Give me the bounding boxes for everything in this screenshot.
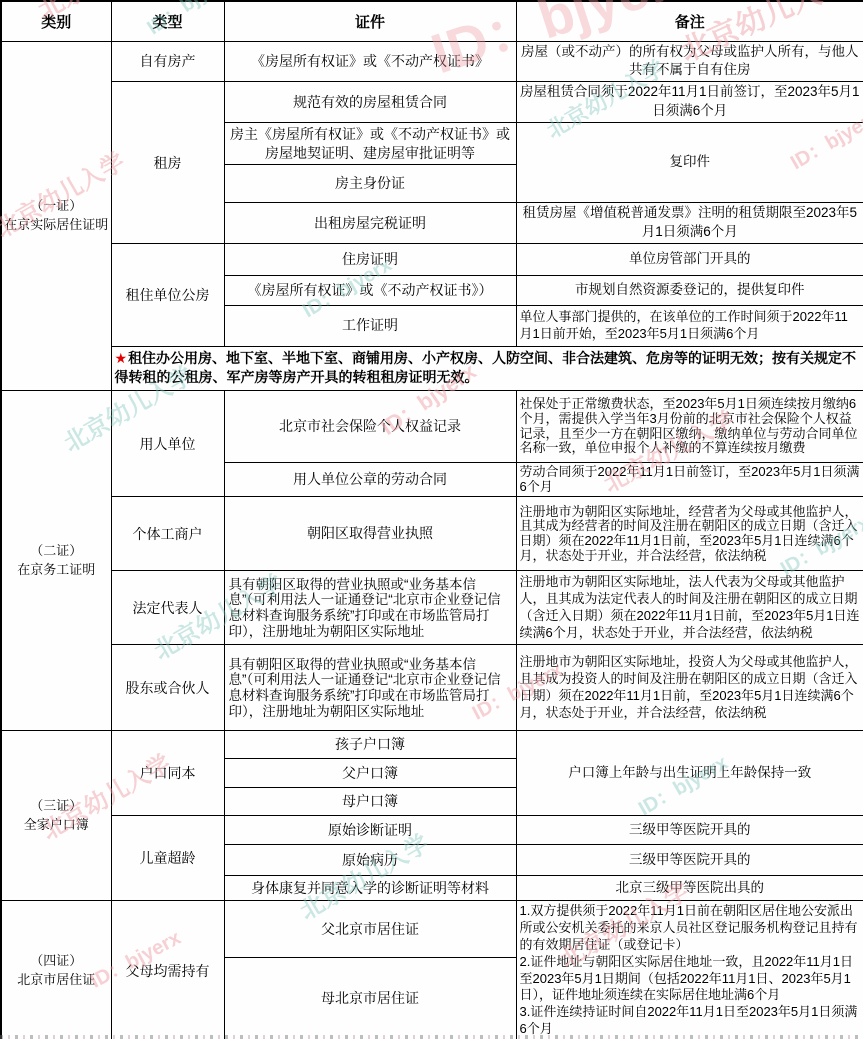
cert-cell: 父北京市居住证 (224, 901, 516, 957)
category-cell-3: （三证） 全家户口簿 (1, 731, 111, 901)
remark-cell: 注册地市为朝阳区实际地址，法人代表为父母或其他监护人，且其成为法定代表人的时间及… (516, 571, 863, 645)
remark-cell: 社保处于正常缴费状态，至2023年5月1日须连续按月缴纳6个月，需提供入学当年3… (516, 391, 863, 463)
cert-cell: 北京市社会保险个人权益记录 (224, 391, 516, 463)
type-cell: 个体工商户 (111, 497, 224, 571)
table-row: （二证） 在京务工证明 用人单位 北京市社会保险个人权益记录 社保处于正常缴费状… (1, 391, 863, 463)
type-cell: 父母均需持有 (111, 901, 224, 1039)
cutoff-text-sliver (0, 1035, 863, 1039)
table-header-row: 类别 类型 证件 备注 (1, 1, 863, 41)
table-row: 个体工商户 朝阳区取得营业执照 注册地市为朝阳区实际地址，经营者为父母或其他监护… (1, 497, 863, 571)
table-row: （一证） 在京实际居住证明 自有房产 《房屋所有权证》或《不动产权证书》 房屋（… (1, 41, 863, 82)
table-row: 租房 规范有效的房屋租赁合同 房屋租赁合同须于2022年11月1日前签订，至20… (1, 82, 863, 123)
cert-cell: 父户口簿 (224, 759, 516, 788)
category-cell-1: （一证） 在京实际居住证明 (1, 41, 111, 391)
remark-cell: 劳动合同须于2022年11月1日前签订，至2023年5月1日须满6个月 (516, 463, 863, 497)
cert-cell: 住房证明 (224, 243, 516, 275)
requirements-table: 类别 类型 证件 备注 （一证） 在京实际居住证明 自有房产 《房屋所有权证》或… (0, 0, 863, 1039)
cert-cell: 母北京市居住证 (224, 957, 516, 1039)
remark-cell: 户口簿上年龄与出生证明上年龄保持一致 (516, 731, 863, 816)
table-row: （四证） 北京市居住证 父母均需持有 父北京市居住证 1.双方提供须于2022年… (1, 901, 863, 957)
document-page: 类别 类型 证件 备注 （一证） 在京实际居住证明 自有房产 《房屋所有权证》或… (0, 0, 863, 1039)
remark-cell: 三级甲等医院开具的 (516, 845, 863, 876)
remark-cell: 房屋（或不动产）的所有权为父母或监护人所有，与他人共有不属于自有住房 (516, 41, 863, 82)
remark-cell: 复印件 (516, 123, 863, 203)
type-cell: 用人单位 (111, 391, 224, 497)
cert-cell: 朝阳区取得营业执照 (224, 497, 516, 571)
remark-cell: 三级甲等医院开具的 (516, 816, 863, 845)
cert-cell: 原始诊断证明 (224, 816, 516, 845)
header-remark: 备注 (516, 1, 863, 41)
cert-cell: 房主《房屋所有权证》或《不动产权证书》或房屋地契证明、建房屋审批证明等 (224, 123, 516, 165)
type-cell: 儿童超龄 (111, 816, 224, 901)
remark-cell: 房屋租赁合同须于2022年11月1日前签订，至2023年5月1日须满6个月 (516, 82, 863, 123)
cert-cell: 用人单位公章的劳动合同 (224, 463, 516, 497)
note-text: 租住办公用房、地下室、半地下室、商铺用房、小产权房、人防空间、非合法建筑、危房等… (115, 350, 857, 386)
remark-cell: 注册地市为朝阳区实际地址，经营者为父母或其他监护人，且其成为经营者的时间及注册在… (516, 497, 863, 571)
cert-cell: 房主身份证 (224, 165, 516, 203)
table-row: （三证） 全家户口簿 户口同本 孩子户口簿 户口簿上年龄与出生证明上年龄保持一致 (1, 731, 863, 759)
type-cell: 自有房产 (111, 41, 224, 82)
cert-cell: 具有朝阳区取得的营业执照或“业务基本信息”（可利用法人一证通登记“北京市企业登记… (224, 571, 516, 645)
category-cell-4: （四证） 北京市居住证 (1, 901, 111, 1039)
star-icon: ★ (115, 350, 128, 366)
type-cell: 法定代表人 (111, 571, 224, 645)
cert-cell: 具有朝阳区取得的营业执照或“业务基本信息”（可利用法人一证通登记“北京市企业登记… (224, 645, 516, 731)
header-category: 类别 (1, 1, 111, 41)
remark-cell: 北京三级甲等医院出具的 (516, 876, 863, 901)
type-cell: 租住单位公房 (111, 243, 224, 346)
remark-cell: 1.双方提供须于2022年11月1日前在朝阳区居住地公安派出所或公安机关委托的来… (516, 901, 863, 1039)
cert-cell: 身体康复并同意入学的诊断证明等材料 (224, 876, 516, 901)
cert-cell: 母户口簿 (224, 788, 516, 816)
remark-cell: 租赁房屋《增值税普通发票》注明的租赁期限至2023年5月1日须满6个月 (516, 203, 863, 244)
table-row: 法定代表人 具有朝阳区取得的营业执照或“业务基本信息”（可利用法人一证通登记“北… (1, 571, 863, 645)
header-certificate: 证件 (224, 1, 516, 41)
remark-cell: 单位房管部门开具的 (516, 243, 863, 275)
table-row: 股东或合伙人 具有朝阳区取得的营业执照或“业务基本信息”（可利用法人一证通登记“… (1, 645, 863, 731)
remark-cell: 注册地市为朝阳区实际地址，投资人为父母或其他监护人，且其成为投资人的时间及注册在… (516, 645, 863, 731)
header-type: 类型 (111, 1, 224, 41)
cert-cell: 《房屋所有权证》或《不动产权证书》 (224, 41, 516, 82)
invalid-housing-note: ★租住办公用房、地下室、半地下室、商铺用房、小产权房、人防空间、非合法建筑、危房… (111, 346, 863, 390)
table-row: 租住单位公房 住房证明 单位房管部门开具的 (1, 243, 863, 275)
cert-cell: 孩子户口簿 (224, 731, 516, 759)
remark-cell: 单位人事部门提供的，在该单位的工作时间须于2022年11月1日前开始，至2023… (516, 305, 863, 346)
cert-cell: 规范有效的房屋租赁合同 (224, 82, 516, 123)
note-row: ★租住办公用房、地下室、半地下室、商铺用房、小产权房、人防空间、非合法建筑、危房… (1, 346, 863, 390)
type-cell: 股东或合伙人 (111, 645, 224, 731)
remark-cell: 市规划自然资源委登记的，提供复印件 (516, 275, 863, 305)
table-row: 儿童超龄 原始诊断证明 三级甲等医院开具的 (1, 816, 863, 845)
category-cell-2: （二证） 在京务工证明 (1, 391, 111, 731)
type-cell: 户口同本 (111, 731, 224, 816)
cert-cell: 工作证明 (224, 305, 516, 346)
cert-cell: 出租房屋完税证明 (224, 203, 516, 244)
type-cell: 租房 (111, 82, 224, 244)
cert-cell: 原始病历 (224, 845, 516, 876)
cert-cell: 《房屋所有权证》或《不动产权证书》） (224, 275, 516, 305)
